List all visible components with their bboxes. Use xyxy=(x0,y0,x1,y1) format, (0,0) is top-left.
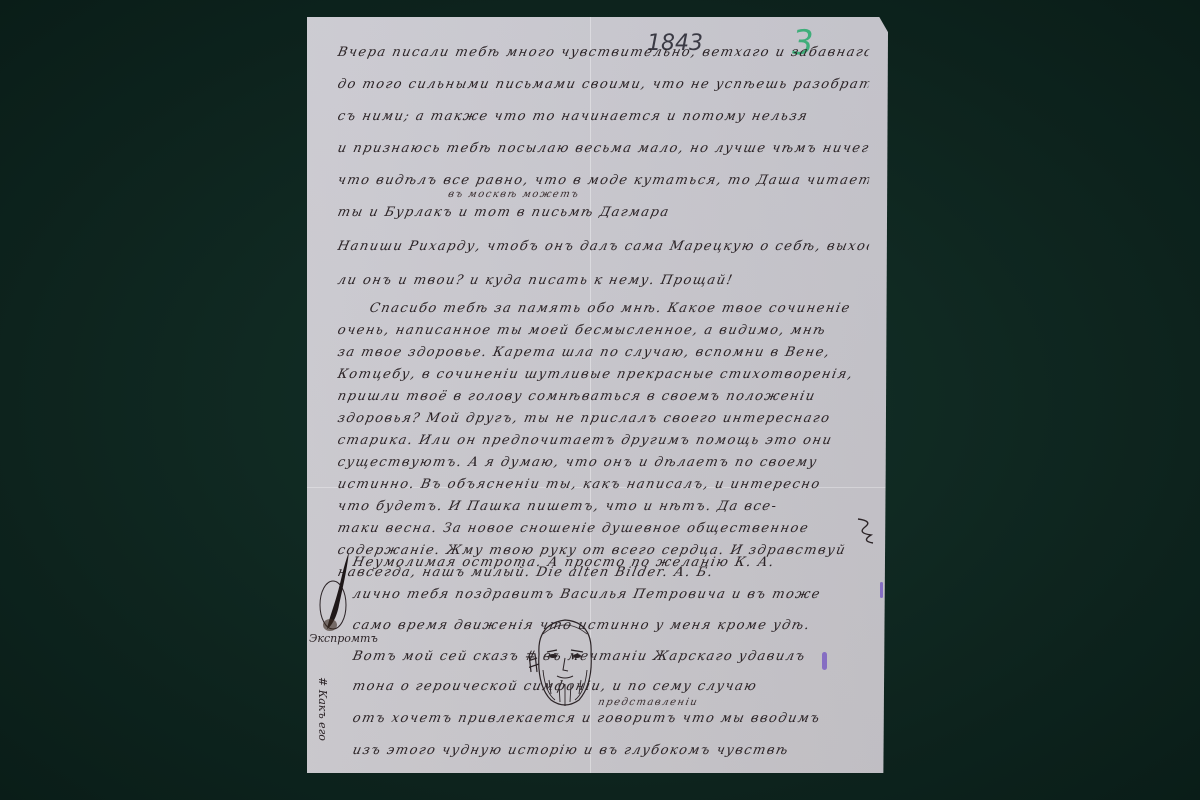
portrait-sketch xyxy=(529,614,601,712)
letter-page: 1843 3 Вчера писали тебѣ много чувствите… xyxy=(307,17,888,773)
margin-note-vertical: # Какъ его xyxy=(316,677,329,741)
text-line: за твое здоровье. Карета шла по случаю, … xyxy=(335,345,871,367)
text-line: Спасибо тебѣ за память обо мнѣ. Какое тв… xyxy=(367,301,871,323)
text-line: существуютъ. А я думаю, что онъ и дѣлает… xyxy=(335,455,871,477)
text-line: что видѣлъ все равно, что в моде кутатьс… xyxy=(335,173,871,195)
margin-note-left: Экспромтъ xyxy=(309,632,378,645)
text-line: Котцебу, в сочиненіи шутливые прекрасные… xyxy=(335,367,871,389)
text-line: Вчера писали тебѣ много чувствительно, в… xyxy=(335,45,871,67)
text-line: отъ хочетъ привлекается и говоритъ что м… xyxy=(350,711,871,733)
text-line: ли онъ и твои? и куда писать к нему. Про… xyxy=(335,273,871,295)
text-line: и признаюсь тебѣ посылаю весьма мало, но… xyxy=(335,141,871,163)
text-line: лично тебя поздравитъ Василья Петровича … xyxy=(350,587,871,609)
text-line: само время движенія что истинно у меня к… xyxy=(350,618,871,640)
flourish-mark xyxy=(855,515,877,547)
violet-ink-mark xyxy=(880,582,883,598)
text-line: таки весна. За новое сношеніе душевное о… xyxy=(335,521,851,543)
text-line: истинно. Въ объясненіи ты, какъ написалъ… xyxy=(335,477,871,499)
text-line: ты и Бурлакъ и тот в письмѣ Дагмара xyxy=(335,205,871,227)
text-line: съ ними; а также что то начинается и пот… xyxy=(335,109,871,131)
text-line: здоровья? Мой другъ, ты не прислалъ свое… xyxy=(335,411,871,433)
text-line: старика. Или он предпочитаетъ другимъ по… xyxy=(335,433,871,455)
text-line: пришли твоё в голову сомнѣваться в своем… xyxy=(335,389,871,411)
text-line: Вотъ мой сей сказъ # въ мечтаніи Жарскаг… xyxy=(350,649,871,671)
text-line: изъ этого чудную исторію и въ глубокомъ … xyxy=(350,743,871,765)
text-line: очень, написанное ты моей бесмысленное, … xyxy=(335,323,871,345)
text-line: Напиши Рихарду, чтобъ онъ далъ сама Маре… xyxy=(335,239,871,261)
text-line: Неумолимая острота. А просто по желанію … xyxy=(350,555,871,577)
text-line: что будетъ. И Пашка пишетъ, что и нѣтъ. … xyxy=(335,499,871,521)
text-line: до того сильными письмами своими, что не… xyxy=(335,77,871,99)
violet-ink-mark xyxy=(822,652,827,670)
